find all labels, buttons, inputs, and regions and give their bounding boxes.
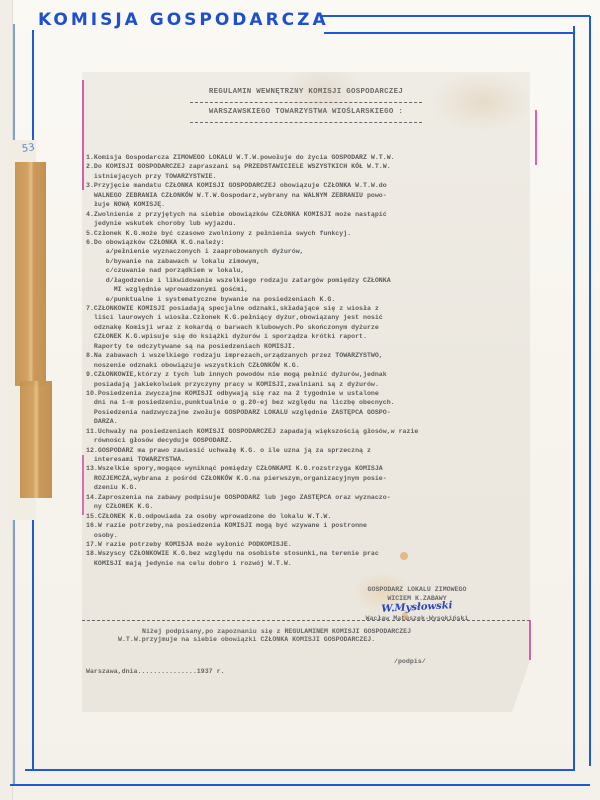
regulation-line: 1.Komisja Gospodarcza ZIMOWEGO LOKALU W.… — [86, 153, 528, 162]
inner-border-top — [324, 32, 574, 34]
regulation-line: 9.CZŁONKOWIE,którzy z tych lub innych po… — [86, 370, 528, 379]
outer-border-bottom — [10, 784, 590, 786]
regulation-line: 10.Posiedzenia zwyczajne KOMISJI odbywaj… — [86, 389, 528, 398]
regulation-line: 13.Wszelkie spory,mogące wyniknąć pomięd… — [86, 464, 528, 473]
regulation-line: interesami TOWARZYSTWA. — [86, 455, 528, 464]
scan-edge-artifact — [82, 455, 84, 515]
regulation-line: 4.Zwolnienie z przyjętych na siebie obow… — [86, 210, 528, 219]
regulation-line: noszenie odznaki obowiązuje wszystkich C… — [86, 361, 528, 370]
regulation-line: istniejących przy TOWARZYSTWIE. — [86, 172, 528, 181]
regulation-line: 18.Wszyscy CZŁONKOWIE K.G.bez względu na… — [86, 549, 528, 558]
regulation-line: WALNEGO ZEBRANIA CZŁONKÓW W.T.W.Gospodar… — [86, 191, 528, 200]
regulation-line: 5.Członek K.G.może być czasowo zwolniony… — [86, 229, 528, 238]
regulation-line: Posiedzenia nadzwyczajne zwołuje GOSPODA… — [86, 408, 528, 417]
declaration-line-2: W.T.W.przyjmuje na siebie obowiązki CZŁO… — [118, 636, 528, 644]
regulation-line: łuje NOWĄ KOMISJĘ. — [86, 200, 528, 209]
outer-border-top — [322, 15, 514, 17]
outer-border-top-right — [510, 15, 590, 17]
signature-block: GOSPODARZ LOKALU ZIMOWEGO WICIEM K.ZABAW… — [322, 585, 512, 623]
signatory-title: GOSPODARZ LOKALU ZIMOWEGO — [322, 585, 512, 594]
adhesive-tape-upper — [15, 162, 46, 386]
outer-border-right-edge — [589, 16, 591, 766]
regulation-line: d/łagodzenie i likwidowanie wszelkiego r… — [86, 276, 528, 285]
regulation-line: MI względnie wprowadzonymi gośćmi, — [86, 285, 528, 294]
declaration-text: Niżej podpisany,po zapoznaniu się z REGU… — [142, 628, 528, 645]
regulation-line: 15.CZŁONEK K.G.odpowiada za osoby wprowa… — [86, 512, 528, 521]
regulation-line: 14.Zaproszenia na zabawy podpisuje GOSPO… — [86, 493, 528, 502]
place-date-line: Warszawa,dnia...............1937 r. — [86, 668, 225, 675]
document-title-line-2: WARSZAWSKIEGO TOWARZYSTWA WIOŚLARSKIEGO … — [82, 108, 530, 116]
regulation-body: 1.Komisja Gospodarcza ZIMOWEGO LOKALU W.… — [86, 153, 528, 568]
regulation-line: dzeniu K.G. — [86, 483, 528, 492]
stain — [400, 552, 408, 560]
title-underline-1 — [190, 102, 422, 103]
inner-border-right — [573, 26, 575, 770]
regulation-line: ny CZŁONEK K.G. — [86, 502, 528, 511]
regulation-line: 2.Do KOMISJI GOSPODARCZEJ zapraszani są … — [86, 162, 528, 171]
scan-edge-artifact — [82, 80, 84, 190]
regulation-line: 17.W razie potrzeby KOMISJA może wyłonić… — [86, 540, 528, 549]
regulation-line: jedynie wskutek choroby lub wyjazdu. — [86, 219, 528, 228]
regulation-line: 6.Do obowiązków CZŁONKA K.G.należy: — [86, 238, 528, 247]
regulation-line: b/bywanie na zabawach w lokalu zimowym, — [86, 257, 528, 266]
scan-edge-artifact — [529, 620, 531, 660]
regulation-line: 12.GOSPODARZ ma prawo zawiesić uchwałę K… — [86, 446, 528, 455]
scan-edge-artifact — [535, 110, 537, 165]
pencil-annotation: 53 — [21, 142, 35, 155]
regulation-line: 8.Na zabawach i wszelkiego rodzaju impre… — [86, 351, 528, 360]
document-sheet: REGULAMIN WEWNĘTRZNY KOMISJI GOSPODARCZE… — [82, 72, 530, 712]
title-underline-2 — [190, 122, 422, 123]
regulation-line: 11.Uchwały na posiedzeniach KOMISJI GOSP… — [86, 427, 528, 436]
declaration-line-1: Niżej podpisany,po zapoznaniu się z REGU… — [142, 628, 528, 636]
document-title-line-1: REGULAMIN WEWNĘTRZNY KOMISJI GOSPODARCZE… — [82, 88, 530, 96]
regulation-line: liści laurowych i wiosła.Członek K.G.peł… — [86, 313, 528, 322]
regulation-line: odznakę Komisji wraz z kokardą o barwach… — [86, 323, 528, 332]
signature-placeholder: /podpis/ — [394, 658, 426, 665]
inner-border-bottom — [25, 769, 575, 771]
regulation-line: c/czuwanie nad porządkiem w lokalu, — [86, 266, 528, 275]
regulation-line: ROZJEMCZA,wybrana z pośród CZŁONKÓW K.G.… — [86, 474, 528, 483]
regulation-line: równości głosów decyduje GOSPODARZ. — [86, 436, 528, 445]
regulation-line: KOMISJI mają jedynie na celu dobro i roz… — [86, 559, 528, 568]
regulation-line: dni na 1-m posiedzeniu,punktualnie o g.2… — [86, 398, 528, 407]
regulation-line: 7.CZŁONKOWIE KOMISJI posiadają specjalne… — [86, 304, 528, 313]
regulation-line: 3.Przyjęcie mandatu CZŁONKA KOMISJI GOSP… — [86, 181, 528, 190]
regulation-line: e/punktualne i systematyczne bywanie na … — [86, 295, 528, 304]
regulation-line: CZŁONEK K.G.wpisuje się do książki dyżur… — [86, 332, 528, 341]
regulation-line: 16.W razie potrzeby,na posiedzenia KOMIS… — [86, 521, 528, 530]
regulation-line: osoby. — [86, 531, 528, 540]
album-heading: KOMISJA GOSPODARCZA — [38, 10, 329, 30]
regulation-line: DARZA. — [86, 417, 528, 426]
separator-rule — [82, 620, 530, 621]
regulation-line: Raporty te odczytywane są na posiedzenia… — [86, 342, 528, 351]
regulation-line: posiadają jakiekolwiek przyczyny pracy w… — [86, 380, 528, 389]
regulation-line: a/pełnienie wyznaczonych i zaaprobowanyc… — [86, 247, 528, 256]
adhesive-tape-lower — [20, 381, 52, 498]
